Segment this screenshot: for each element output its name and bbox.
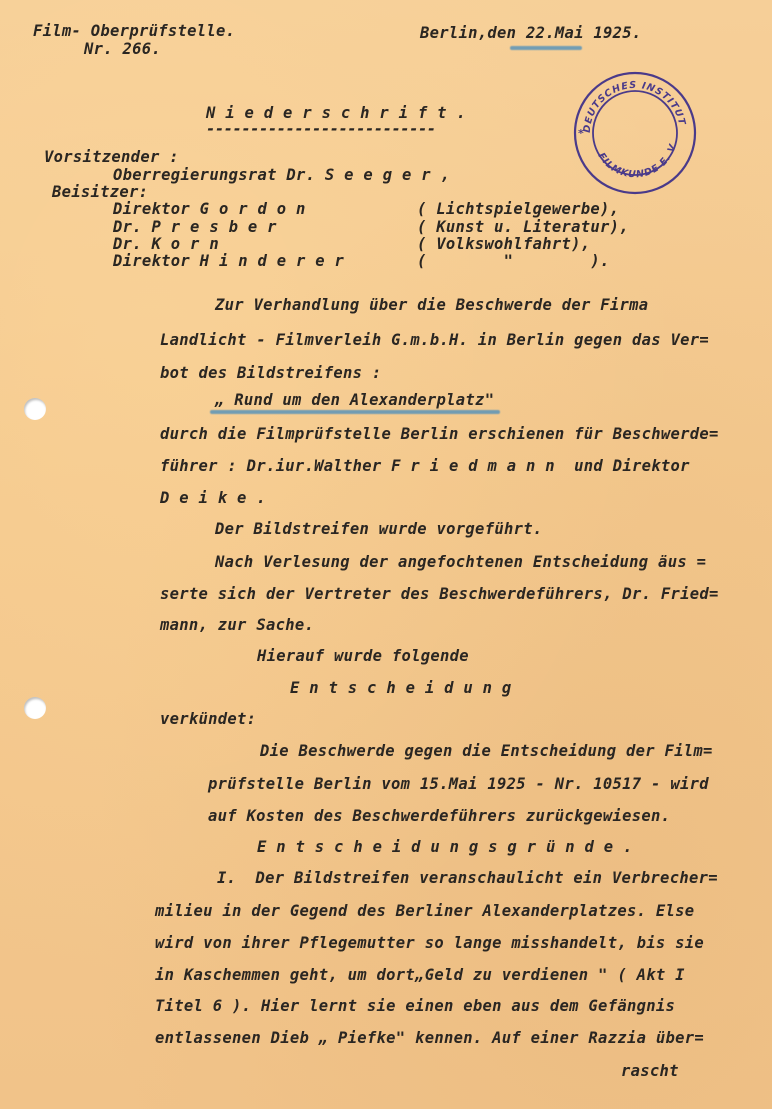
body-line: verkündet:	[160, 712, 256, 728]
body-line: entlassenen Dieb „ Piefke" kennen. Auf e…	[155, 1031, 704, 1047]
body-line: D e i k e .	[160, 491, 266, 507]
decision-heading: E n t s c h e i d u n g	[290, 681, 512, 697]
body-line: in Kaschemmen geht, um dort„Geld zu verd…	[155, 968, 685, 984]
office-name: Film- Oberprüfstelle.	[33, 24, 235, 40]
assessors-label: Beisitzer:	[52, 185, 148, 201]
document-number: Nr. 266.	[84, 42, 161, 58]
svg-text:DEUTSCHES INSTITUT FÜR: DEUTSCHES INSTITUT FÜR	[570, 68, 688, 133]
film-title: „ Rund um den Alexanderplatz"	[215, 393, 494, 409]
assessor-field: ( " ).	[417, 254, 610, 270]
institute-stamp-icon: DEUTSCHES INSTITUT FÜR FILMKUNDE E. V. *	[570, 68, 700, 198]
body-line: auf Kosten des Beschwerdeführers zurückg…	[208, 809, 670, 825]
body-line: führer : Dr.iur.Walther F r i e d m a n …	[160, 459, 690, 475]
body-line: serte sich der Vertreter des Beschwerdef…	[160, 587, 719, 603]
body-line: Hierauf wurde folgende	[257, 649, 469, 665]
body-line: milieu in der Gegend des Berliner Alexan…	[155, 904, 694, 920]
svg-text:*: *	[578, 127, 584, 140]
body-line: Die Beschwerde gegen die Entscheidung de…	[260, 744, 713, 760]
continuation-word: rascht	[621, 1064, 679, 1080]
body-line: I. Der Bildstreifen veranschaulicht ein …	[217, 871, 718, 887]
body-line: mann, zur Sache.	[160, 618, 314, 634]
title-underline: --------------------------	[206, 122, 436, 138]
punch-hole-top	[24, 398, 46, 420]
assessor-name: Direktor G o r d o n	[113, 202, 306, 218]
body-line: wird von ihrer Pflegemutter so lange mis…	[155, 936, 704, 952]
body-line: Der Bildstreifen wurde vorgeführt.	[215, 522, 542, 538]
assessor-field: ( Kunst u. Literatur),	[417, 220, 629, 236]
chair-name: Oberregierungsrat Dr. S e e g e r ,	[113, 168, 450, 184]
reasons-heading: E n t s c h e i d u n g s g r ü n d e .	[257, 840, 633, 856]
body-line: prüfstelle Berlin vom 15.Mai 1925 - Nr. …	[208, 777, 709, 793]
assessor-field: ( Lichtspielgewerbe),	[417, 202, 619, 218]
place-date: Berlin,den 22.Mai 1925.	[420, 26, 642, 42]
document-page: Film- Oberprüfstelle. Nr. 266. Berlin,de…	[0, 0, 772, 1109]
body-line: Nach Verlesung der angefochtenen Entsche…	[215, 555, 706, 571]
assessor-field: ( Volkswohlfahrt),	[417, 237, 590, 253]
body-line: durch die Filmprüfstelle Berlin erschien…	[160, 427, 719, 443]
assessor-name: Dr. P r e s b e r	[113, 220, 277, 236]
assessor-name: Dr. K o r n	[113, 237, 219, 253]
punch-hole-bottom	[24, 697, 46, 719]
blue-pencil-mark-title	[210, 410, 500, 414]
body-line: Zur Verhandlung über die Beschwerde der …	[215, 298, 648, 314]
body-line: Landlicht - Filmverleih G.m.b.H. in Berl…	[160, 333, 709, 349]
body-line: bot des Bildstreifens :	[160, 366, 382, 382]
blue-pencil-mark-date	[510, 46, 582, 50]
assessor-name: Direktor H i n d e r e r	[113, 254, 344, 270]
chair-label: Vorsitzender :	[44, 150, 179, 166]
body-line: Titel 6 ). Hier lernt sie einen eben aus…	[155, 999, 675, 1015]
